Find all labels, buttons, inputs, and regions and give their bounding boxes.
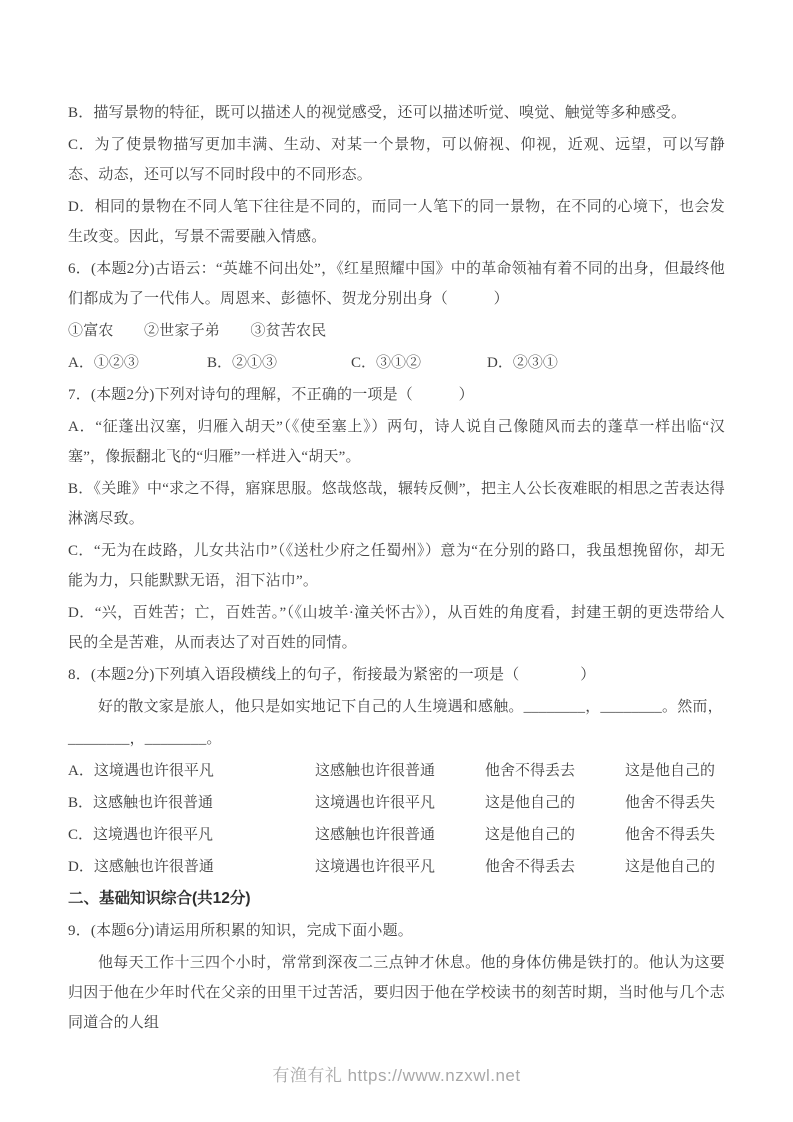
q8-passage-line2: ________，________。 — [68, 724, 725, 754]
section-2-header: 二、基础知识综合(共12分) — [68, 884, 725, 914]
q8-option-row-a: A．这境遇也许很平凡 这感触也许很普通 他舍不得丢去 这是他自己的 — [68, 756, 725, 786]
q7-option-c: C．“无为在歧路，儿女共沾巾”（《送杜少府之任蜀州》）意为“在分别的路口，我虽想… — [68, 536, 725, 596]
q5-option-d: D．相同的景物在不同人笔下往往是不同的，而同一人笔下的同一景物，在不同的心境下，… — [68, 192, 725, 252]
q8-option-c-cell2: 这感触也许很普通 — [315, 820, 485, 850]
q8-option-d-cell1: D．这感触也许很普通 — [68, 852, 315, 882]
q9-passage: 他每天工作十三四个小时，常常到深夜二三点钟才休息。他的身体仿佛是铁打的。他认为这… — [68, 948, 725, 1038]
page-footer-watermark: 有渔有礼 https://www.nzxwl.net — [0, 1061, 793, 1086]
q5-option-c: C．为了使景物描写更加丰满、生动、对某一个景物，可以俯视、仰视，近观、远望，可以… — [68, 130, 725, 190]
q8-option-a-cell4: 这是他自己的 — [625, 756, 725, 786]
q8-option-b-cell2: 这境遇也许很平凡 — [315, 788, 485, 818]
q6-stem: 6．(本题2分)古语云：“英雄不问出处”，《红星照耀中国》中的革命领袖有着不同的… — [68, 254, 725, 314]
q8-option-a-cell2: 这感触也许很普通 — [315, 756, 485, 786]
q8-option-a-cell3: 他舍不得丢去 — [485, 756, 625, 786]
q6-option-a: A．①②③ — [68, 348, 207, 378]
q8-option-a-cell1: A．这境遇也许很平凡 — [68, 756, 315, 786]
q6-numbered-items: ①富农 ②世家子弟 ③贫苦农民 — [68, 316, 725, 346]
q8-option-row-d: D．这感触也许很普通 这境遇也许很平凡 他舍不得丢去 这是他自己的 — [68, 852, 725, 882]
q8-option-c-cell1: C．这境遇也许很平凡 — [68, 820, 315, 850]
exam-paper-page: B．描写景物的特征，既可以描述人的视觉感受，还可以描述听觉、嗅觉、触觉等多种感受… — [0, 0, 793, 1122]
q8-option-b-cell3: 这是他自己的 — [485, 788, 625, 818]
q6-option-b: B．②①③ — [207, 348, 351, 378]
q6-option-d: D．②③① — [487, 348, 725, 378]
q7-stem: 7．(本题2分)下列对诗句的理解，不正确的一项是（ ） — [68, 380, 725, 410]
q9-stem: 9．(本题6分)请运用所积累的知识，完成下面小题。 — [68, 916, 725, 946]
q7-option-d: D．“兴，百姓苦；亡，百姓苦。”（《山坡羊·潼关怀古》），从百姓的角度看，封建王… — [68, 598, 725, 658]
q6-options-row: A．①②③ B．②①③ C．③①② D．②③① — [68, 348, 725, 378]
q8-option-d-cell2: 这境遇也许很平凡 — [315, 852, 485, 882]
q7-option-a: A．“征蓬出汉塞，归雁入胡天”（《使至塞上》）两句，诗人说自己像随风而去的蓬草一… — [68, 412, 725, 472]
q8-option-row-c: C．这境遇也许很平凡 这感触也许很普通 这是他自己的 他舍不得丢失 — [68, 820, 725, 850]
q8-option-c-cell3: 这是他自己的 — [485, 820, 625, 850]
q8-option-b-cell1: B．这感触也许很普通 — [68, 788, 315, 818]
q5-option-b: B．描写景物的特征，既可以描述人的视觉感受，还可以描述听觉、嗅觉、触觉等多种感受… — [68, 98, 725, 128]
q8-option-d-cell3: 他舍不得丢去 — [485, 852, 625, 882]
q8-option-row-b: B．这感触也许很普通 这境遇也许很平凡 这是他自己的 他舍不得丢失 — [68, 788, 725, 818]
q6-option-c: C．③①② — [351, 348, 487, 378]
q8-stem: 8．(本题2分)下列填入语段横线上的句子，衔接最为紧密的一项是（ ） — [68, 660, 725, 690]
q8-option-c-cell4: 他舍不得丢失 — [625, 820, 725, 850]
exam-content: B．描写景物的特征，既可以描述人的视觉感受，还可以描述听觉、嗅觉、触觉等多种感受… — [68, 98, 725, 1040]
q8-option-d-cell4: 这是他自己的 — [625, 852, 725, 882]
q7-option-b: B．《关雎》中“求之不得，寤寐思服。悠哉悠哉，辗转反侧”，把主人公长夜难眠的相思… — [68, 474, 725, 534]
q8-passage-line1: 好的散文家是旅人，他只是如实地记下自己的人生境遇和感触。________，___… — [68, 692, 725, 722]
q8-option-b-cell4: 他舍不得丢失 — [625, 788, 725, 818]
